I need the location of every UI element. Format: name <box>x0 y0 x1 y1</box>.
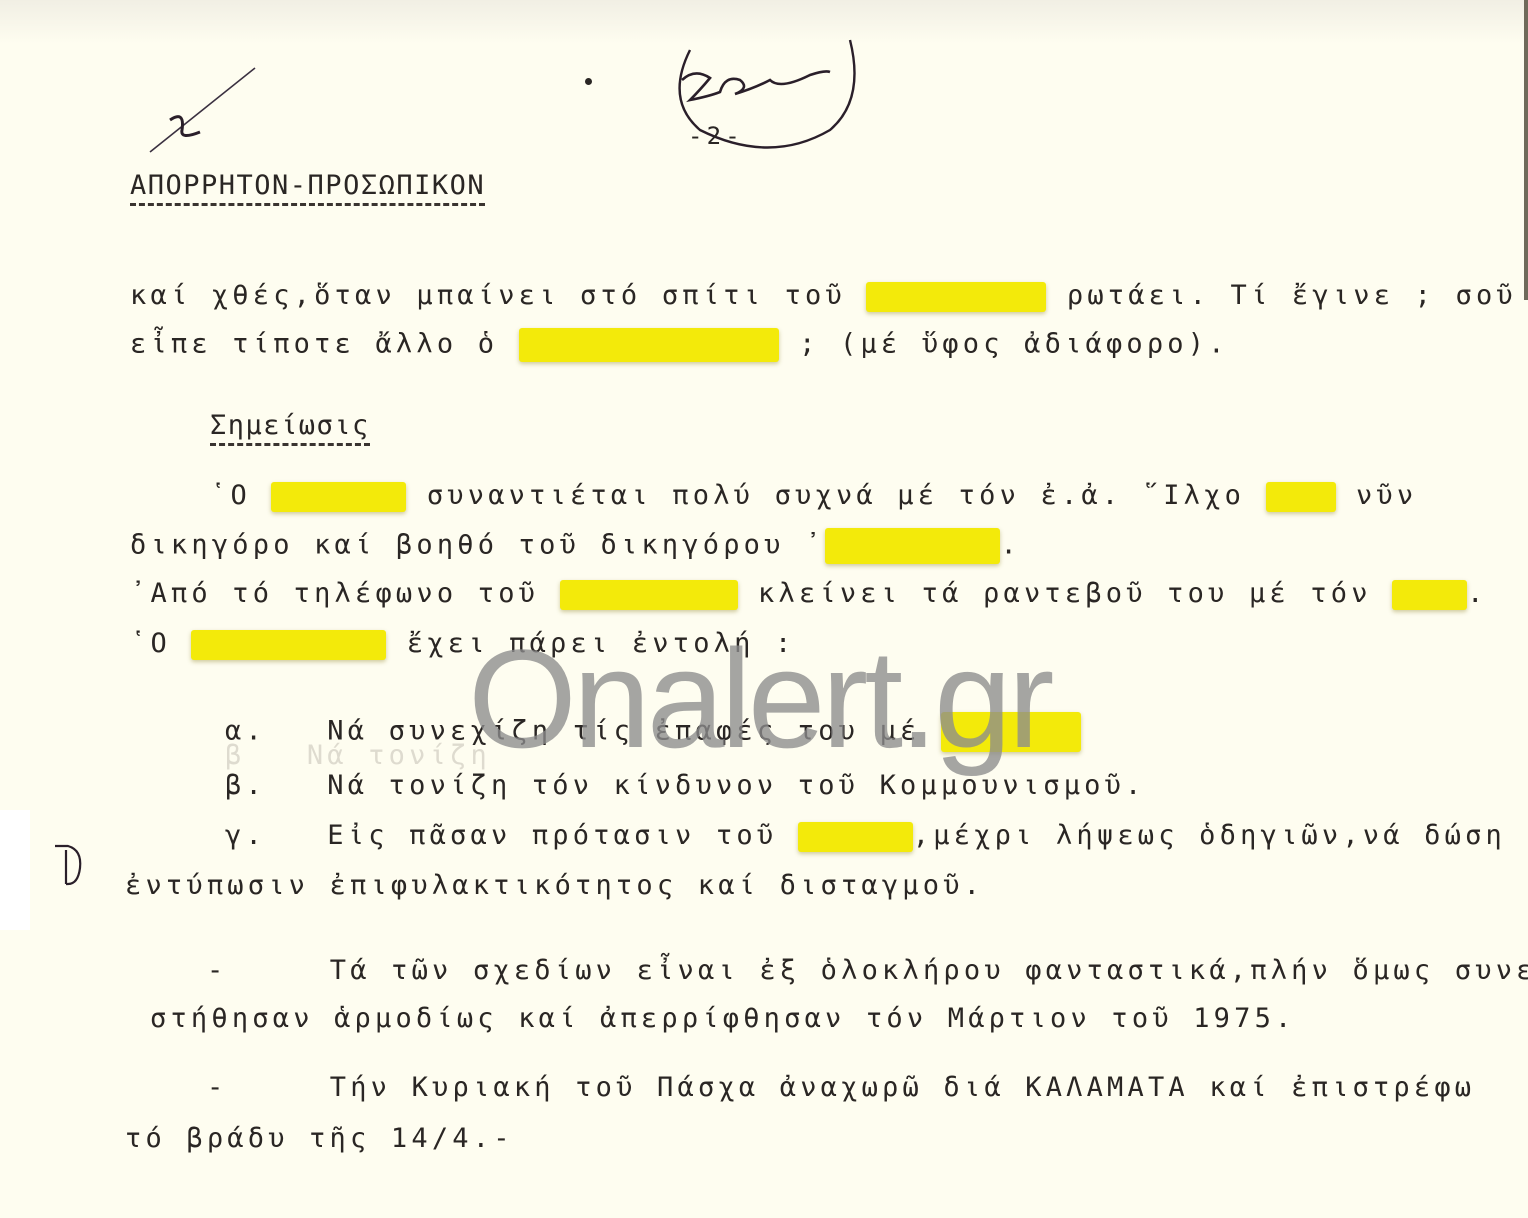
bullet-continuation: στήθησαν ἁρμοδίως καί ἀπερρίφθησαν τόν Μ… <box>150 1003 1296 1034</box>
notes-line: ᾿Από τό τηλέφωνο τοῦ κλείνει τά ραντεβοῦ… <box>130 578 1488 610</box>
order-item: γ. Εἰς πᾶσαν πρότασιν τοῦ ,μέχρι λήψεως … <box>225 820 1506 852</box>
bullet-item: - Τήν Κυριακή τοῦ Πάσχα ἀναχωρῶ διά ΚΑΛΑ… <box>207 1072 1475 1103</box>
handwritten-check-mark-icon <box>140 60 270 160</box>
handwritten-d-mark <box>50 840 90 890</box>
redaction-mark <box>1392 580 1467 610</box>
bullet-item: - Τά τῶν σχεδίων εἶναι ἐξ ὁλοκλήρου φαντ… <box>207 955 1528 986</box>
page-number: -2- <box>688 122 744 150</box>
scan-margin <box>0 810 30 930</box>
redaction-mark <box>519 328 779 362</box>
redaction-mark <box>866 282 1046 312</box>
bullet-continuation: τό βράδυ τῆς 14/4.- <box>125 1123 514 1154</box>
redaction-mark <box>560 580 738 610</box>
notes-heading: Σημείωσις <box>210 410 370 446</box>
order-continuation: ἐντύπωσιν ἐπιφυλακτικότητος καί δισταγμο… <box>125 870 984 901</box>
redaction-mark <box>798 822 913 852</box>
paragraph-line: εἶπε τίποτε ἄλλο ὁ ; (μέ ὕφος ἀδιάφορο). <box>130 328 1229 362</box>
ink-dot <box>585 78 592 85</box>
paragraph-line: καί χθές,ὅταν μπαίνει στό σπίτι τοῦ ρωτά… <box>130 280 1517 312</box>
notes-line: ῾Ο συναντιέται πολύ συχνά μέ τόν ἐ.ἀ. ῞Ι… <box>210 480 1417 512</box>
ghost-print: β Νά τονίζη <box>225 740 491 771</box>
notes-line: δικηγόρο καί βοηθό τοῦ δικηγόρου ᾿. <box>130 528 1021 564</box>
redaction-mark <box>271 482 406 512</box>
watermark: Onalert.gr <box>468 618 1050 780</box>
redaction-mark <box>825 528 1000 564</box>
scan-edge <box>1524 0 1528 300</box>
document-page: -2- ΑΠΟΡΡΗΤΟΝ-ΠΡΟΣΩΠΙΚΟΝ καί χθές,ὅταν μ… <box>0 0 1528 1218</box>
classification-heading: ΑΠΟΡΡΗΤΟΝ-ΠΡΟΣΩΠΙΚΟΝ <box>130 170 485 206</box>
redaction-mark <box>191 630 386 660</box>
redaction-mark <box>1266 482 1336 512</box>
